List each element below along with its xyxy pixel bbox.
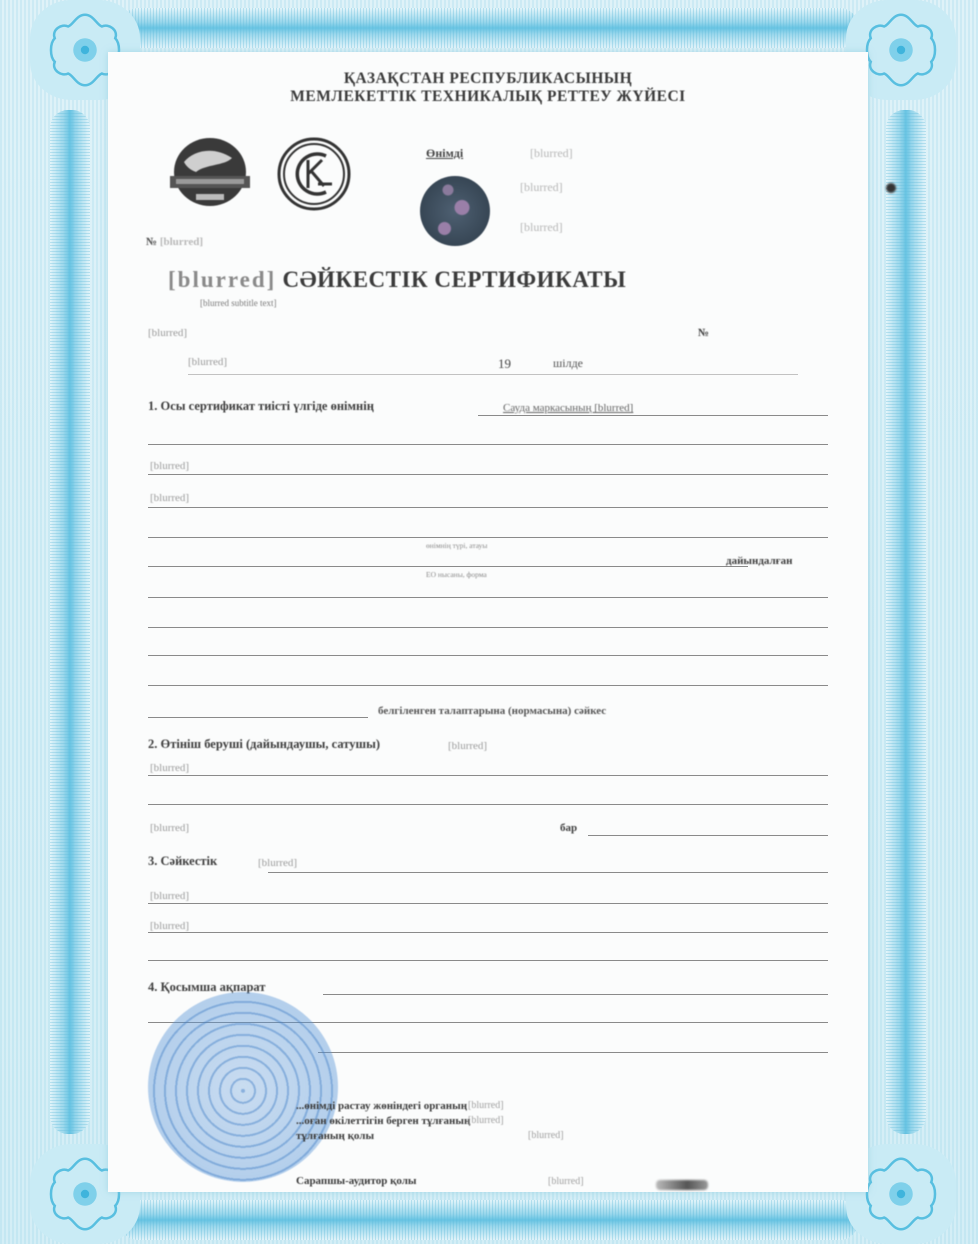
certificate-page: ҚАЗАҚСТАН РЕСПУБЛИКАСЫНЫҢ МЕМЛЕКЕТТІК ТЕ… bbox=[108, 52, 868, 1192]
form-line bbox=[478, 415, 828, 416]
header-line-2: МЕМЛЕКЕТТІК ТЕХНИКАЛЫҚ РЕТТЕУ ЖҮЙЕСІ bbox=[108, 88, 868, 106]
title-main: СӘЙКЕСТІК СЕРТИФИКАТЫ bbox=[283, 267, 627, 292]
section-1-fill: Сауда маркасының [blurred] bbox=[503, 402, 633, 414]
form-line bbox=[268, 872, 828, 873]
date-underline bbox=[188, 374, 798, 375]
ink-spot bbox=[886, 183, 896, 193]
section-3-extra: [blurred] bbox=[150, 920, 189, 932]
form-line bbox=[148, 804, 828, 805]
form-line bbox=[318, 1052, 828, 1053]
section-3-extra: [blurred] bbox=[150, 890, 189, 902]
auditor-signature-label: Сарапшы-аудитор қолы bbox=[296, 1175, 417, 1187]
handwritten-signature bbox=[656, 1180, 708, 1190]
signatory-line-3: тұлғаның қолы bbox=[296, 1129, 470, 1144]
form-line bbox=[148, 474, 828, 475]
form-line bbox=[148, 775, 828, 776]
caption-product-type: өнімнің түрі, атауы bbox=[426, 541, 487, 550]
document-header: ҚАЗАҚСТАН РЕСПУБЛИКАСЫНЫҢ МЕМЛЕКЕТТІК ТЕ… bbox=[108, 70, 868, 106]
border-band-top bbox=[120, 8, 858, 48]
signature-block: ...өнімді растау жөніндегі органың ...оғ… bbox=[296, 1099, 470, 1144]
border-band-right bbox=[886, 110, 926, 1134]
kt-conformity-mark-icon bbox=[276, 136, 352, 212]
form-line bbox=[588, 835, 828, 836]
form-line bbox=[148, 537, 828, 538]
section-2-extra: [blurred] bbox=[150, 762, 189, 774]
form-line bbox=[148, 444, 828, 445]
header-line-1: ҚАЗАҚСТАН РЕСПУБЛИКАСЫНЫҢ bbox=[108, 70, 868, 88]
form-line bbox=[148, 566, 748, 567]
section-1-label: 1. Осы сертификат тиісті үлгіде өнімнің bbox=[148, 399, 374, 414]
issuer-block: Өнімді [blurred] [blurred] [blurred] bbox=[420, 144, 720, 254]
section-2-fill: [blurred] bbox=[448, 740, 487, 752]
issuer-label: Өнімді bbox=[426, 146, 463, 161]
form-line bbox=[148, 685, 828, 686]
title-prefix: [blurred] bbox=[168, 267, 276, 292]
signatory-line-1: ...өнімді растау жөніндегі органың bbox=[296, 1099, 470, 1114]
manufactured-label: дайындалған bbox=[726, 555, 793, 567]
form-line bbox=[148, 507, 828, 508]
auditor-name: [blurred] bbox=[548, 1176, 584, 1187]
section-1-extra: [blurred] bbox=[150, 460, 189, 472]
registration-number: № [blurred] bbox=[146, 236, 203, 248]
form-line bbox=[148, 960, 828, 961]
border-band-bottom bbox=[120, 1200, 858, 1240]
form-line bbox=[148, 655, 828, 656]
form-line bbox=[148, 932, 828, 933]
hologram-sticker bbox=[420, 176, 490, 246]
section-2-label: 2. Өтініш беруші (дайындаушы, сатушы) bbox=[148, 737, 380, 752]
date-day: 19 bbox=[498, 356, 511, 372]
form-line bbox=[148, 717, 368, 718]
signatory-name-3: [blurred] bbox=[528, 1130, 564, 1141]
section-3-fill: [blurred] bbox=[258, 857, 297, 869]
issuer-value-3: [blurred] bbox=[520, 220, 563, 235]
form-line bbox=[148, 597, 828, 598]
form-line bbox=[148, 903, 828, 904]
section-2-end-label: бар bbox=[560, 822, 577, 834]
signatory-line-2: ...оған өкілеттігін берген тұлғаның bbox=[296, 1114, 470, 1129]
date-month: шілде bbox=[553, 356, 583, 371]
signatory-name-2: [blurred] bbox=[468, 1115, 504, 1126]
certificate-subtitle: [blurred subtitle text] bbox=[200, 298, 276, 308]
section-2-extra: [blurred] bbox=[150, 822, 189, 834]
date-prefix: [blurred] bbox=[188, 356, 227, 368]
section-1-end-label: белгіленген талаптарына (нормасына) сәйк… bbox=[378, 705, 606, 717]
official-seal-stamp bbox=[148, 992, 338, 1182]
form-line bbox=[323, 994, 828, 995]
issuer-value-1: [blurred] bbox=[530, 146, 573, 161]
form-line bbox=[148, 627, 828, 628]
caption-form: ЕО нысаны, форма bbox=[426, 570, 487, 579]
section-1-extra: [blurred] bbox=[150, 492, 189, 504]
border-band-left bbox=[50, 110, 90, 1134]
registry-label: [blurred] bbox=[148, 327, 187, 339]
emblem-logo-icon bbox=[166, 136, 254, 212]
number-prefix: № bbox=[698, 327, 709, 339]
signatory-name-1: [blurred] bbox=[468, 1100, 504, 1111]
section-3-label: 3. Сәйкестік bbox=[148, 854, 217, 869]
issuer-value-2: [blurred] bbox=[520, 180, 563, 195]
certificate-title: [blurred] СӘЙКЕСТІК СЕРТИФИКАТЫ bbox=[168, 267, 626, 293]
